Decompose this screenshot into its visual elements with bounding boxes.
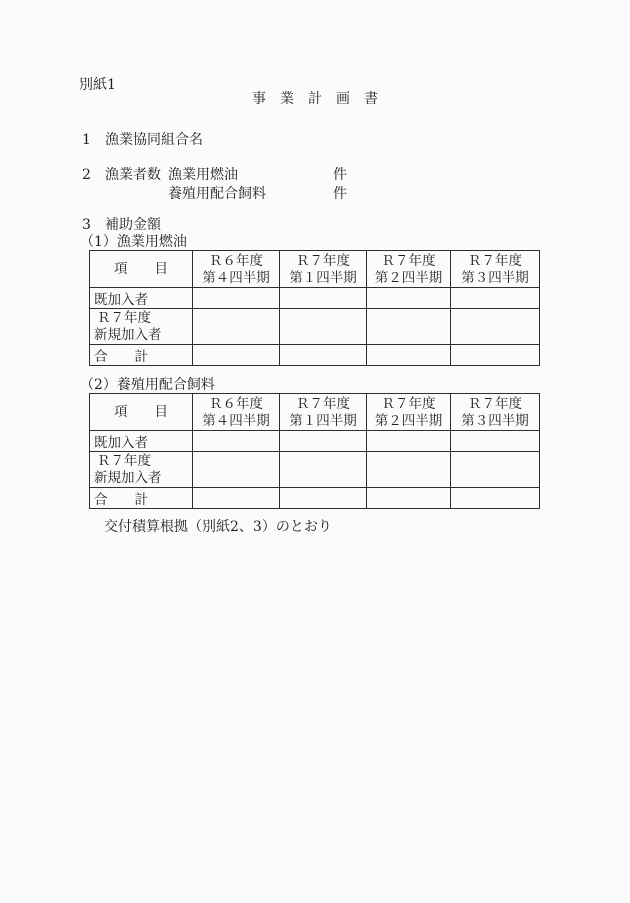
col-header-r6-q4: Ｒ６年度第４四半期 — [193, 251, 280, 288]
col-header-r7-q3: Ｒ７年度第３四半期 — [451, 251, 540, 288]
data-cell — [367, 309, 451, 345]
data-cell — [451, 345, 540, 366]
row-label-existing-members: 既加入者 — [90, 431, 193, 452]
col-header-r7-q2: Ｒ７年度第２四半期 — [367, 251, 451, 288]
col-header-r7-q3: Ｒ７年度第３四半期 — [451, 394, 540, 431]
feed-count-unit: 件 — [333, 186, 347, 202]
row-label-total: 合 計 — [90, 345, 193, 366]
fuel-count-unit: 件 — [333, 167, 347, 183]
data-cell — [193, 452, 280, 488]
data-cell — [451, 431, 540, 452]
section-2-label: （2）養殖用配合飼料 — [80, 377, 215, 393]
data-cell — [367, 488, 451, 509]
col-header-r7-q1: Ｒ７年度第１四半期 — [280, 251, 367, 288]
row-label-new-members: Ｒ７年度新規加入者 — [90, 309, 193, 345]
data-cell — [451, 452, 540, 488]
data-cell — [193, 345, 280, 366]
col-header-r7-q1: Ｒ７年度第１四半期 — [280, 394, 367, 431]
data-cell — [280, 288, 367, 309]
document-title: 事 業 計 画 書 — [0, 91, 630, 107]
item-3-number: 3 — [82, 217, 91, 233]
data-cell — [193, 288, 280, 309]
data-cell — [367, 452, 451, 488]
col-header-r6-q4: Ｒ６年度第４四半期 — [193, 394, 280, 431]
row-label-existing-members: 既加入者 — [90, 288, 193, 309]
data-cell — [451, 309, 540, 345]
col-header-item: 項 目 — [90, 251, 193, 288]
item-2-label: 漁業者数 — [105, 167, 161, 183]
data-cell — [193, 431, 280, 452]
item-3-label: 補助金額 — [105, 217, 161, 233]
data-cell — [280, 309, 367, 345]
subsidy-table-feed: 項 目 Ｒ６年度第４四半期 Ｒ７年度第１四半期 Ｒ７年度第２四半期 Ｒ７年度第３… — [89, 393, 540, 509]
data-cell — [193, 488, 280, 509]
col-header-r7-q2: Ｒ７年度第２四半期 — [367, 394, 451, 431]
item-2-number: 2 — [82, 167, 91, 183]
data-cell — [451, 488, 540, 509]
data-cell — [280, 452, 367, 488]
row-label-total: 合 計 — [90, 488, 193, 509]
item-1-number: 1 — [82, 132, 91, 148]
data-cell — [280, 488, 367, 509]
document-page: 別紙1 事 業 計 画 書 1 漁業協同組合名 2 漁業者数 漁業用燃油 件 養… — [0, 0, 630, 903]
feed-count-label: 養殖用配合飼料 — [168, 186, 266, 202]
data-cell — [451, 288, 540, 309]
row-label-new-members: Ｒ７年度新規加入者 — [90, 452, 193, 488]
data-cell — [280, 345, 367, 366]
section-1-label: （1）漁業用燃油 — [80, 234, 187, 250]
note-text: 交付積算根拠（別紙2、3）のとおり — [104, 519, 332, 535]
data-cell — [193, 309, 280, 345]
data-cell — [367, 345, 451, 366]
fuel-count-label: 漁業用燃油 — [168, 167, 238, 183]
col-header-item: 項 目 — [90, 394, 193, 431]
data-cell — [367, 431, 451, 452]
subsidy-table-fuel: 項 目 Ｒ６年度第４四半期 Ｒ７年度第１四半期 Ｒ７年度第２四半期 Ｒ７年度第３… — [89, 250, 540, 366]
data-cell — [280, 431, 367, 452]
data-cell — [367, 288, 451, 309]
item-1-label: 漁業協同組合名 — [105, 132, 203, 148]
